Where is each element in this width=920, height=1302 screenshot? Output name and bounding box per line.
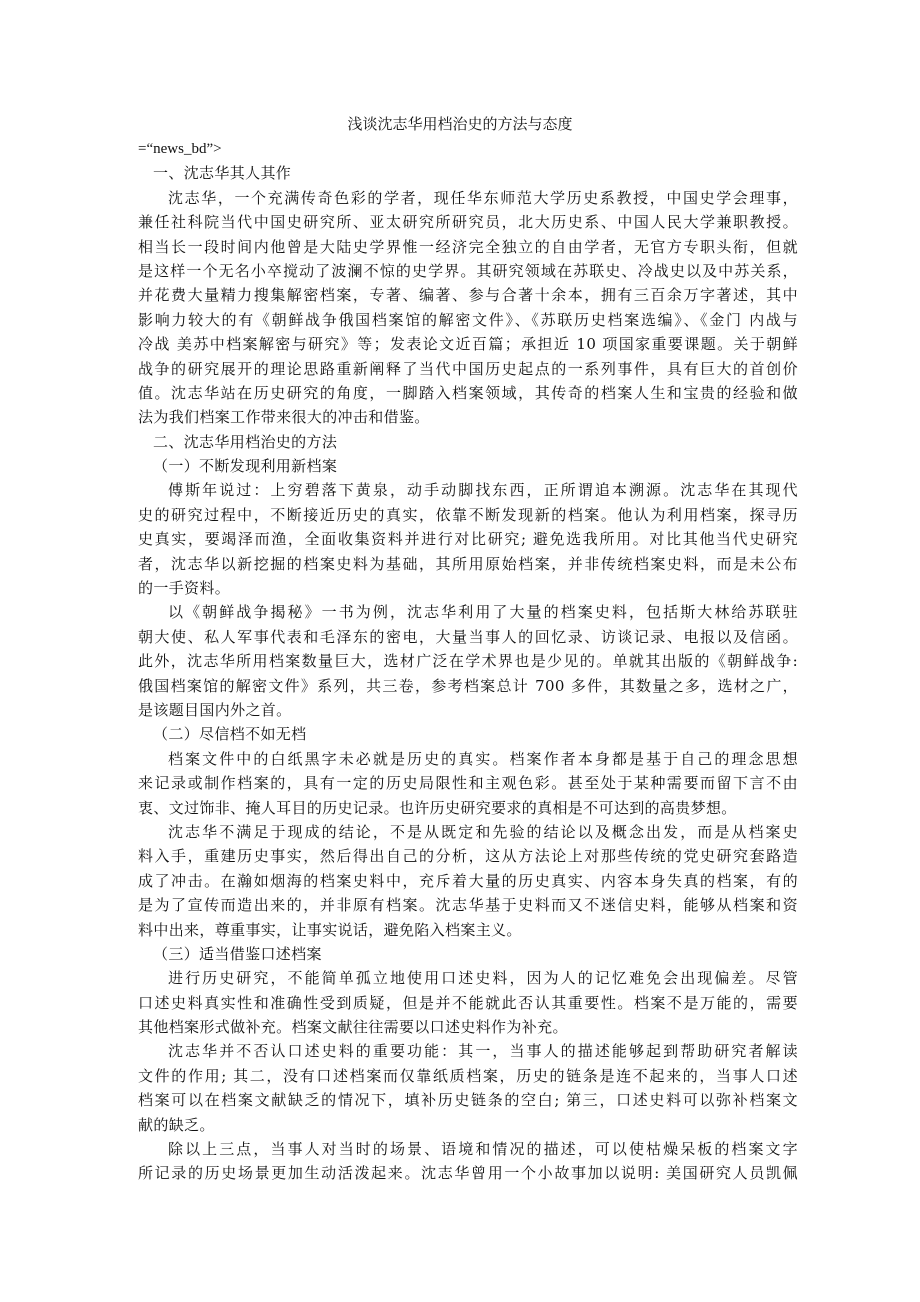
paragraph-line: 此外，沈志华所用档案数量巨大，选材广泛在学术界也是少见的。单就其出版的《朝鲜战争… <box>138 649 798 673</box>
paragraph-line: 者，沈志华以新挖掘的档案史料为基础，其所用原始档案，并非传统档案史料，而是未公布 <box>138 552 798 576</box>
subsection-heading-1: （一）不断发现利用新档案 <box>138 454 798 478</box>
paragraph-line: 档案文件中的白纸黑字未必就是历史的真实。档案作者本身都是基于自己的理念思想 <box>138 747 798 771</box>
paragraph: 傅斯年说过：上穷碧落下黄泉，动手动脚找东西，正所谓追本溯源。沈志华在其现代 史的… <box>138 478 798 600</box>
paragraph-line: 值。沈志华站在历史研究的角度，一脚踏入档案领域，其传奇的档案人生和宝贵的经验和做 <box>138 381 798 405</box>
paragraph-line: 以《朝鲜战争揭秘》一书为例，沈志华利用了大量的档案史料，包括斯大林给苏联驻 <box>138 600 798 624</box>
stray-markup-text: =“news_bd”> <box>138 137 798 161</box>
paragraph-line: 朝大使、私人军事代表和毛泽东的密电，大量当事人的回忆录、访谈记录、电报以及信函。 <box>138 625 798 649</box>
paragraph-line: 进行历史研究，不能简单孤立地使用口述史料，因为人的记忆难免会出现偏差。尽管 <box>138 966 798 990</box>
section-heading-2: 二、沈志华用档治史的方法 <box>138 430 798 454</box>
paragraph-line: 沈志华并不否认口述史料的重要功能：其一，当事人的描述能够起到帮助研究者解读 <box>138 1039 798 1063</box>
paragraph: 除以上三点，当事人对当时的场景、语境和情况的描述，可以使枯燥呆板的档案文字 所记… <box>138 1137 798 1186</box>
paragraph-line: 法为我们档案工作带来很大的冲击和借鉴。 <box>138 405 798 429</box>
paragraph-line: 的一手资料。 <box>138 576 798 600</box>
subsection-heading-2: （二）尽信档不如无档 <box>138 722 798 746</box>
paragraph-line: 所记录的历史场景更加生动活泼起来。沈志华曾用一个小故事加以说明: 美国研究人员凯… <box>138 1161 798 1185</box>
paragraph-line: 沈志华不满足于现成的结论，不是从既定和先验的结论以及概念出发，而是从档案史 <box>138 820 798 844</box>
paragraph: 档案文件中的白纸黑字未必就是历史的真实。档案作者本身都是基于自己的理念思想 来记… <box>138 747 798 820</box>
paragraph: 进行历史研究，不能简单孤立地使用口述史料，因为人的记忆难免会出现偏差。尽管 口述… <box>138 966 798 1039</box>
paragraph-line: 衷、文过饰非、掩人耳目的历史记录。也许历史研究要求的真相是不可达到的高贵梦想。 <box>138 796 798 820</box>
paragraph-line: 文件的作用; 其二，没有口述档案而仅靠纸质档案，历史的链条是连不起来的，当事人口… <box>138 1064 798 1088</box>
paragraph: 沈志华并不否认口述史料的重要功能：其一，当事人的描述能够起到帮助研究者解读 文件… <box>138 1039 798 1137</box>
document-title: 浅谈沈志华用档治史的方法与态度 <box>0 114 920 134</box>
paragraph-line: 史的研究过程中，不断接近历史的真实，依靠不断发现新的档案。他认为利用档案，探寻历 <box>138 503 798 527</box>
paragraph-line: 献的缺乏。 <box>138 1113 798 1137</box>
paragraph: 沈志华不满足于现成的结论，不是从既定和先验的结论以及概念出发，而是从档案史 料入… <box>138 820 798 942</box>
paragraph-line: 傅斯年说过：上穷碧落下黄泉，动手动脚找东西，正所谓追本溯源。沈志华在其现代 <box>138 478 798 502</box>
paragraph-line: 是为了宣传而造出来的，并非原有档案。沈志华基于史料而又不迷信史料，能够从档案和资 <box>138 893 798 917</box>
paragraph-line: 相当长一段时间内他曾是大陆史学界惟一经济完全独立的自由学者，无官方专职头衔，但就 <box>138 235 798 259</box>
paragraph-line: 口述史料真实性和准确性受到质疑，但是并不能就此否认其重要性。档案不是万能的，需要 <box>138 991 798 1015</box>
paragraph-line: 影响力较大的有《朝鲜战争俄国档案馆的解密文件》、《苏联历史档案选编》、《金门 内… <box>138 308 798 332</box>
paragraph-line: 战争的研究展开的理论思路重新阐释了当代中国历史起点的一系列事件，具有巨大的首创价 <box>138 357 798 381</box>
paragraph-line: 俄国档案馆的解密文件》系列，共三卷，参考档案总计 700 多件，其数量之多，选材… <box>138 674 798 698</box>
section-heading-1: 一、沈志华其人其作 <box>138 161 798 185</box>
paragraph-line: 除以上三点，当事人对当时的场景、语境和情况的描述，可以使枯燥呆板的档案文字 <box>138 1137 798 1161</box>
paragraph-line: 料中出来，尊重事实，让事实说话，避免陷入档案主义。 <box>138 918 798 942</box>
paragraph-line: 来记录或制作档案的，具有一定的历史局限性和主观色彩。甚至处于某种需要而留下言不由 <box>138 771 798 795</box>
document-page: 浅谈沈志华用档治史的方法与态度 =“news_bd”> 一、沈志华其人其作 沈志… <box>0 0 920 1302</box>
paragraph-line: 是该题目国内外之首。 <box>138 698 798 722</box>
paragraph-line: 冷战 美苏中档案解密与研究》等；发表论文近百篇；承担近 10 项国家重要课题。关… <box>138 332 798 356</box>
paragraph-line: 史真实，要竭泽而渔，全面收集资料并进行对比研究; 避免选我所用。对比其他当代史研… <box>138 527 798 551</box>
paragraph: 以《朝鲜战争揭秘》一书为例，沈志华利用了大量的档案史料，包括斯大林给苏联驻 朝大… <box>138 600 798 722</box>
paragraph-line: 档案可以在档案文献缺乏的情况下，填补历史链条的空白; 第三，口述史料可以弥补档案… <box>138 1088 798 1112</box>
subsection-heading-3: （三）适当借鉴口述档案 <box>138 942 798 966</box>
paragraph-line: 成了冲击。在瀚如烟海的档案史料中，充斥着大量的历史真实、内容本身失真的档案，有的 <box>138 869 798 893</box>
paragraph-line: 是这样一个无名小卒搅动了波澜不惊的史学界。其研究领域在苏联史、冷战史以及中苏关系… <box>138 259 798 283</box>
paragraph-line: 料入手，重建历史事实，然后得出自己的分析，这从方法论上对那些传统的党史研究套路造 <box>138 844 798 868</box>
paragraph-line: 兼任社科院当代中国史研究所、亚太研究所研究员，北大历史系、中国人民大学兼职教授。 <box>138 210 798 234</box>
paragraph-line: 并花费大量精力搜集解密档案，专著、编著、参与合著十余本，拥有三百余万字著述，其中 <box>138 283 798 307</box>
paragraph: 沈志华，一个充满传奇色彩的学者，现任华东师范大学历史系教授，中国史学会理事， 兼… <box>138 186 798 430</box>
paragraph-line: 其他档案形式做补充。档案文献往往需要以口述史料作为补充。 <box>138 1015 798 1039</box>
paragraph-line: 沈志华，一个充满传奇色彩的学者，现任华东师范大学历史系教授，中国史学会理事， <box>138 186 798 210</box>
document-body: =“news_bd”> 一、沈志华其人其作 沈志华，一个充满传奇色彩的学者，现任… <box>138 137 798 1186</box>
